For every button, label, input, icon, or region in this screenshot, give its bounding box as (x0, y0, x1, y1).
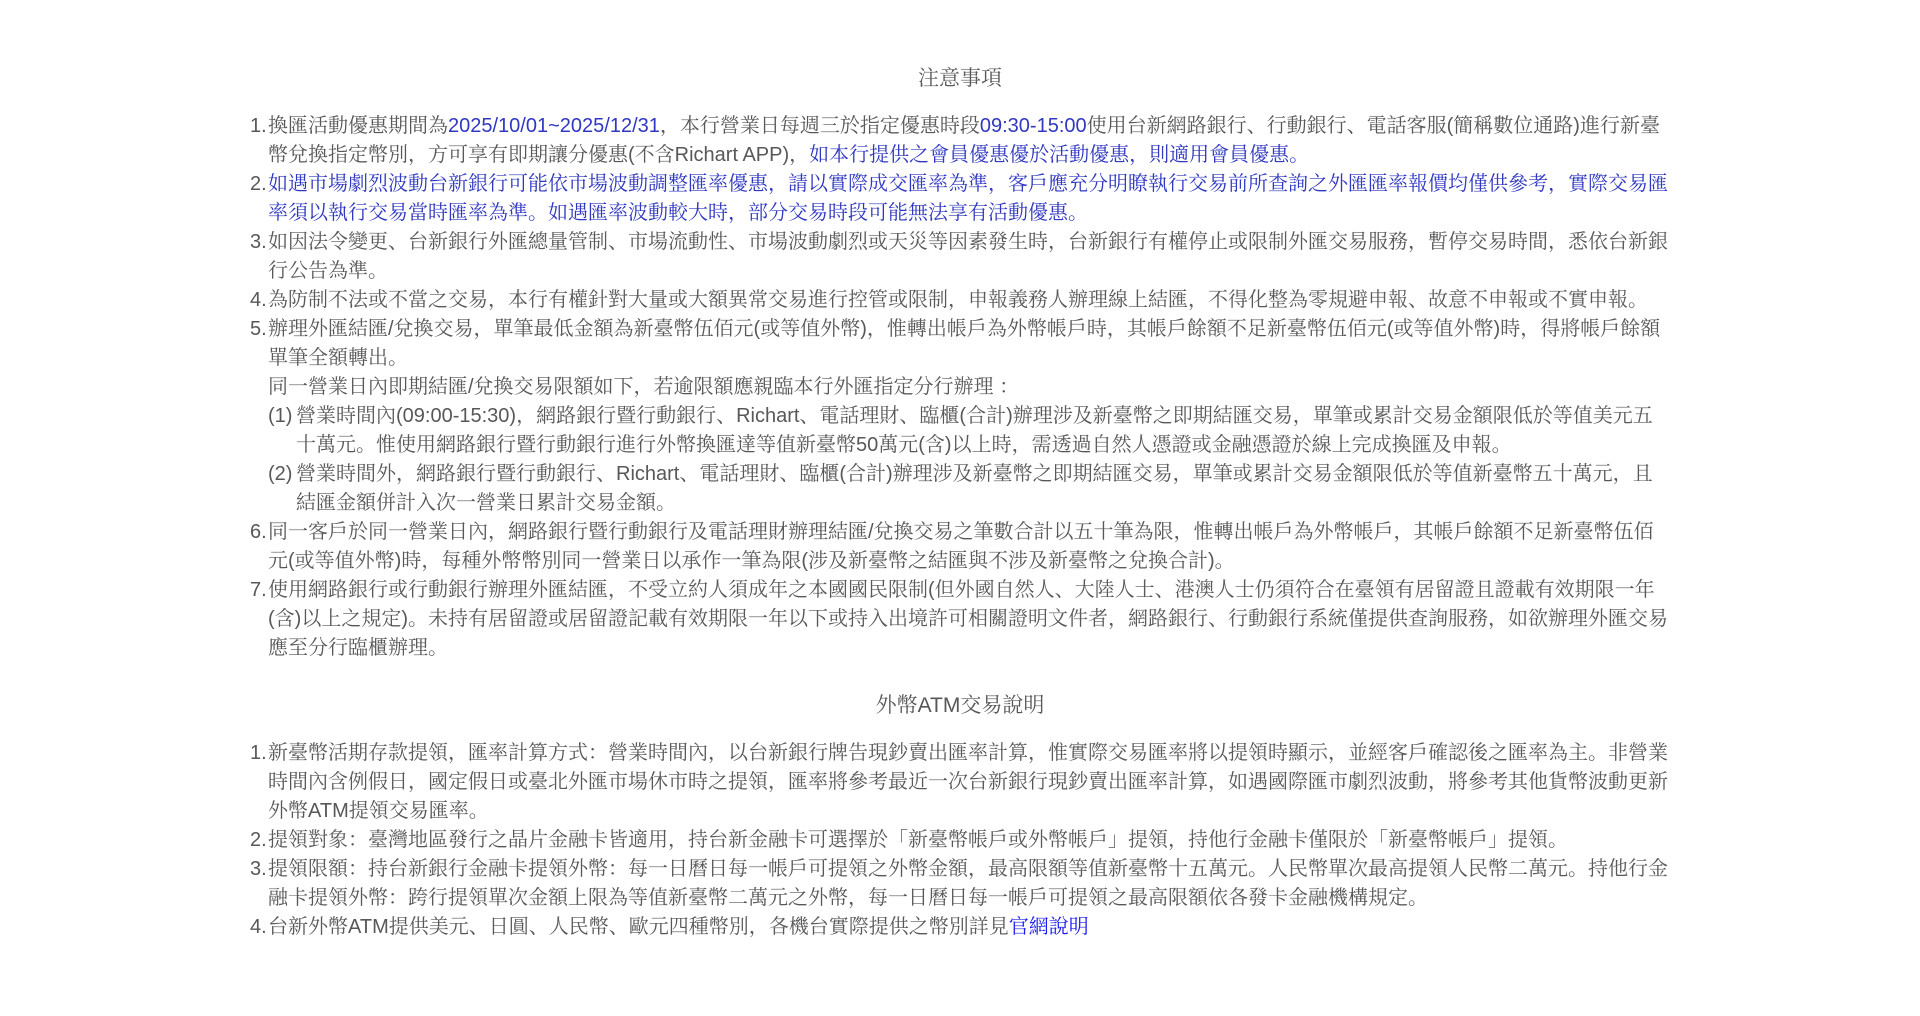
item-text: 辦理外匯結匯/兌換交易，單筆最低金額為新臺幣伍佰元(或等值外幣)，惟轉出帳戶為外… (268, 318, 1660, 369)
item-number: 3. (250, 228, 267, 257)
list-item: 4.為防制不法或不當之交易，本行有權針對大量或大額異常交易進行控管或限制，申報義… (250, 286, 1670, 315)
text-segment: 台新外幣ATM提供美元、日圓、人民幣、歐元四種幣別，各機台實際提供之幣別詳見 (268, 916, 1009, 938)
text-segment: 同一客戶於同一營業日內，網路銀行暨行動銀行及電話理財辦理結匯/兌換交易之筆數合計… (268, 521, 1654, 572)
section-title-notes: 注意事項 (250, 64, 1670, 94)
text-segment: 為防制不法或不當之交易，本行有權針對大量或大額異常交易進行控管或限制，申報義務人… (268, 289, 1648, 311)
notice-content: 注意事項 1.換匯活動優惠期間為2025/10/01~2025/12/31，本行… (250, 0, 1670, 966)
item-text: 使用網路銀行或行動銀行辦理外匯結匯，不受立約人須成年之本國國民限制(但外國自然人… (268, 579, 1668, 659)
list-item: 5.辦理外匯結匯/兌換交易，單筆最低金額為新臺幣伍佰元(或等值外幣)，惟轉出帳戶… (250, 315, 1670, 518)
text-segment: 同一營業日內即期結匯/兌換交易限額如下，若逾限額應親臨本行外匯指定分行辦理 ： (268, 376, 1019, 398)
item-text: 為防制不法或不當之交易，本行有權針對大量或大額異常交易進行控管或限制，申報義務人… (268, 289, 1648, 311)
item-number: 7. (250, 576, 267, 605)
list-item: 1.換匯活動優惠期間為2025/10/01~2025/12/31，本行營業日每週… (250, 112, 1670, 170)
text-segment: 提領限額：持台新銀行金融卡提領外幣：每一日曆日每一帳戶可提領之外幣金額，最高限額… (268, 858, 1668, 909)
text-segment: 如因法令變更、台新銀行外匯總量管制、市場流動性、市場波動劇烈或天災等因素發生時，… (268, 231, 1668, 282)
sub-item-marker: (2) (268, 460, 292, 489)
highlight-text: 如遇市場劇烈波動台新銀行可能依市場波動調整匯率優惠，請以實際成交匯率為準，客戶應… (268, 173, 1668, 224)
section-title-atm: 外幣ATM交易說明 (250, 691, 1670, 721)
item-paragraph: 同一營業日內即期結匯/兌換交易限額如下，若逾限額應親臨本行外匯指定分行辦理 ： (268, 373, 1670, 402)
text-segment: 提領對象：臺灣地區發行之晶片金融卡皆適用，持台新金融卡可選擇於「新臺幣帳戶或外幣… (268, 829, 1568, 851)
list-item: 2.如遇市場劇烈波動台新銀行可能依市場波動調整匯率優惠，請以實際成交匯率為準，客… (250, 170, 1670, 228)
item-number: 2. (250, 170, 267, 199)
sub-item: (2)營業時間外，網路銀行暨行動銀行、Richart、電話理財、臨櫃(合計)辦理… (268, 460, 1670, 518)
sub-item-text: 營業時間外，網路銀行暨行動銀行、Richart、電話理財、臨櫃(合計)辦理涉及新… (296, 463, 1653, 514)
list-item: 6.同一客戶於同一營業日內，網路銀行暨行動銀行及電話理財辦理結匯/兌換交易之筆數… (250, 518, 1670, 576)
list-item: 7.使用網路銀行或行動銀行辦理外匯結匯，不受立約人須成年之本國國民限制(但外國自… (250, 576, 1670, 663)
sub-item-marker: (1) (268, 402, 292, 431)
text-segment: 使用網路銀行或行動銀行辦理外匯結匯，不受立約人須成年之本國國民限制(但外國自然人… (268, 579, 1668, 659)
section-notes: 注意事項 1.換匯活動優惠期間為2025/10/01~2025/12/31，本行… (250, 64, 1670, 663)
sub-item-text: 營業時間內(09:00-15:30)，網路銀行暨行動銀行、Richart、電話理… (296, 405, 1653, 456)
item-text: 新臺幣活期存款提領，匯率計算方式：營業時間內，以台新銀行牌告現鈔賣出匯率計算，惟… (268, 742, 1668, 822)
official-site-link[interactable]: 官網說明 (1009, 916, 1089, 938)
section-atm-guide: 外幣ATM交易說明 1.新臺幣活期存款提領，匯率計算方式：營業時間內，以台新銀行… (250, 691, 1670, 942)
list-item: 3.如因法令變更、台新銀行外匯總量管制、市場流動性、市場波動劇烈或天災等因素發生… (250, 228, 1670, 286)
list-item: 4.台新外幣ATM提供美元、日圓、人民幣、歐元四種幣別，各機台實際提供之幣別詳見… (250, 913, 1670, 942)
list-item: 2.提領對象：臺灣地區發行之晶片金融卡皆適用，持台新金融卡可選擇於「新臺幣帳戶或… (250, 826, 1670, 855)
item-number: 4. (250, 286, 267, 315)
item-text: 台新外幣ATM提供美元、日圓、人民幣、歐元四種幣別，各機台實際提供之幣別詳見官網… (268, 916, 1089, 938)
text-segment: 辦理外匯結匯/兌換交易，單筆最低金額為新臺幣伍佰元(或等值外幣)，惟轉出帳戶為外… (268, 318, 1660, 369)
highlight-text: 09:30-15:00 (980, 115, 1087, 137)
highlight-text: 如本行提供之會員優惠優於活動優惠，則適用會員優惠。 (809, 144, 1309, 166)
item-number: 3. (250, 855, 267, 884)
item-number: 1. (250, 112, 267, 141)
list-item: 1.新臺幣活期存款提領，匯率計算方式：營業時間內，以台新銀行牌告現鈔賣出匯率計算… (250, 739, 1670, 826)
notes-list: 1.換匯活動優惠期間為2025/10/01~2025/12/31，本行營業日每週… (250, 112, 1670, 663)
text-segment: 營業時間內(09:00-15:30)，網路銀行暨行動銀行、Richart、電話理… (296, 405, 1653, 456)
item-number: 4. (250, 913, 267, 942)
text-segment: 換匯活動優惠期間為 (268, 115, 448, 137)
item-text: 同一客戶於同一營業日內，網路銀行暨行動銀行及電話理財辦理結匯/兌換交易之筆數合計… (268, 521, 1654, 572)
item-text: 如因法令變更、台新銀行外匯總量管制、市場流動性、市場波動劇烈或天災等因素發生時，… (268, 231, 1668, 282)
atm-list: 1.新臺幣活期存款提領，匯率計算方式：營業時間內，以台新銀行牌告現鈔賣出匯率計算… (250, 739, 1670, 942)
item-number: 6. (250, 518, 267, 547)
sub-item: (1)營業時間內(09:00-15:30)，網路銀行暨行動銀行、Richart、… (268, 402, 1670, 460)
item-text: 提領限額：持台新銀行金融卡提領外幣：每一日曆日每一帳戶可提領之外幣金額，最高限額… (268, 858, 1668, 909)
item-text: 換匯活動優惠期間為2025/10/01~2025/12/31，本行營業日每週三於… (268, 115, 1660, 166)
list-item: 3.提領限額：持台新銀行金融卡提領外幣：每一日曆日每一帳戶可提領之外幣金額，最高… (250, 855, 1670, 913)
text-segment: ，本行營業日每週三於指定優惠時段 (660, 115, 980, 137)
item-text: 提領對象：臺灣地區發行之晶片金融卡皆適用，持台新金融卡可選擇於「新臺幣帳戶或外幣… (268, 829, 1568, 851)
text-segment: 營業時間外，網路銀行暨行動銀行、Richart、電話理財、臨櫃(合計)辦理涉及新… (296, 463, 1653, 514)
item-number: 1. (250, 739, 267, 768)
item-text: 如遇市場劇烈波動台新銀行可能依市場波動調整匯率優惠，請以實際成交匯率為準，客戶應… (268, 173, 1668, 224)
item-number: 2. (250, 826, 267, 855)
highlight-text: 2025/10/01~2025/12/31 (448, 115, 660, 137)
text-segment: 新臺幣活期存款提領，匯率計算方式：營業時間內，以台新銀行牌告現鈔賣出匯率計算，惟… (268, 742, 1668, 822)
item-number: 5. (250, 315, 267, 344)
